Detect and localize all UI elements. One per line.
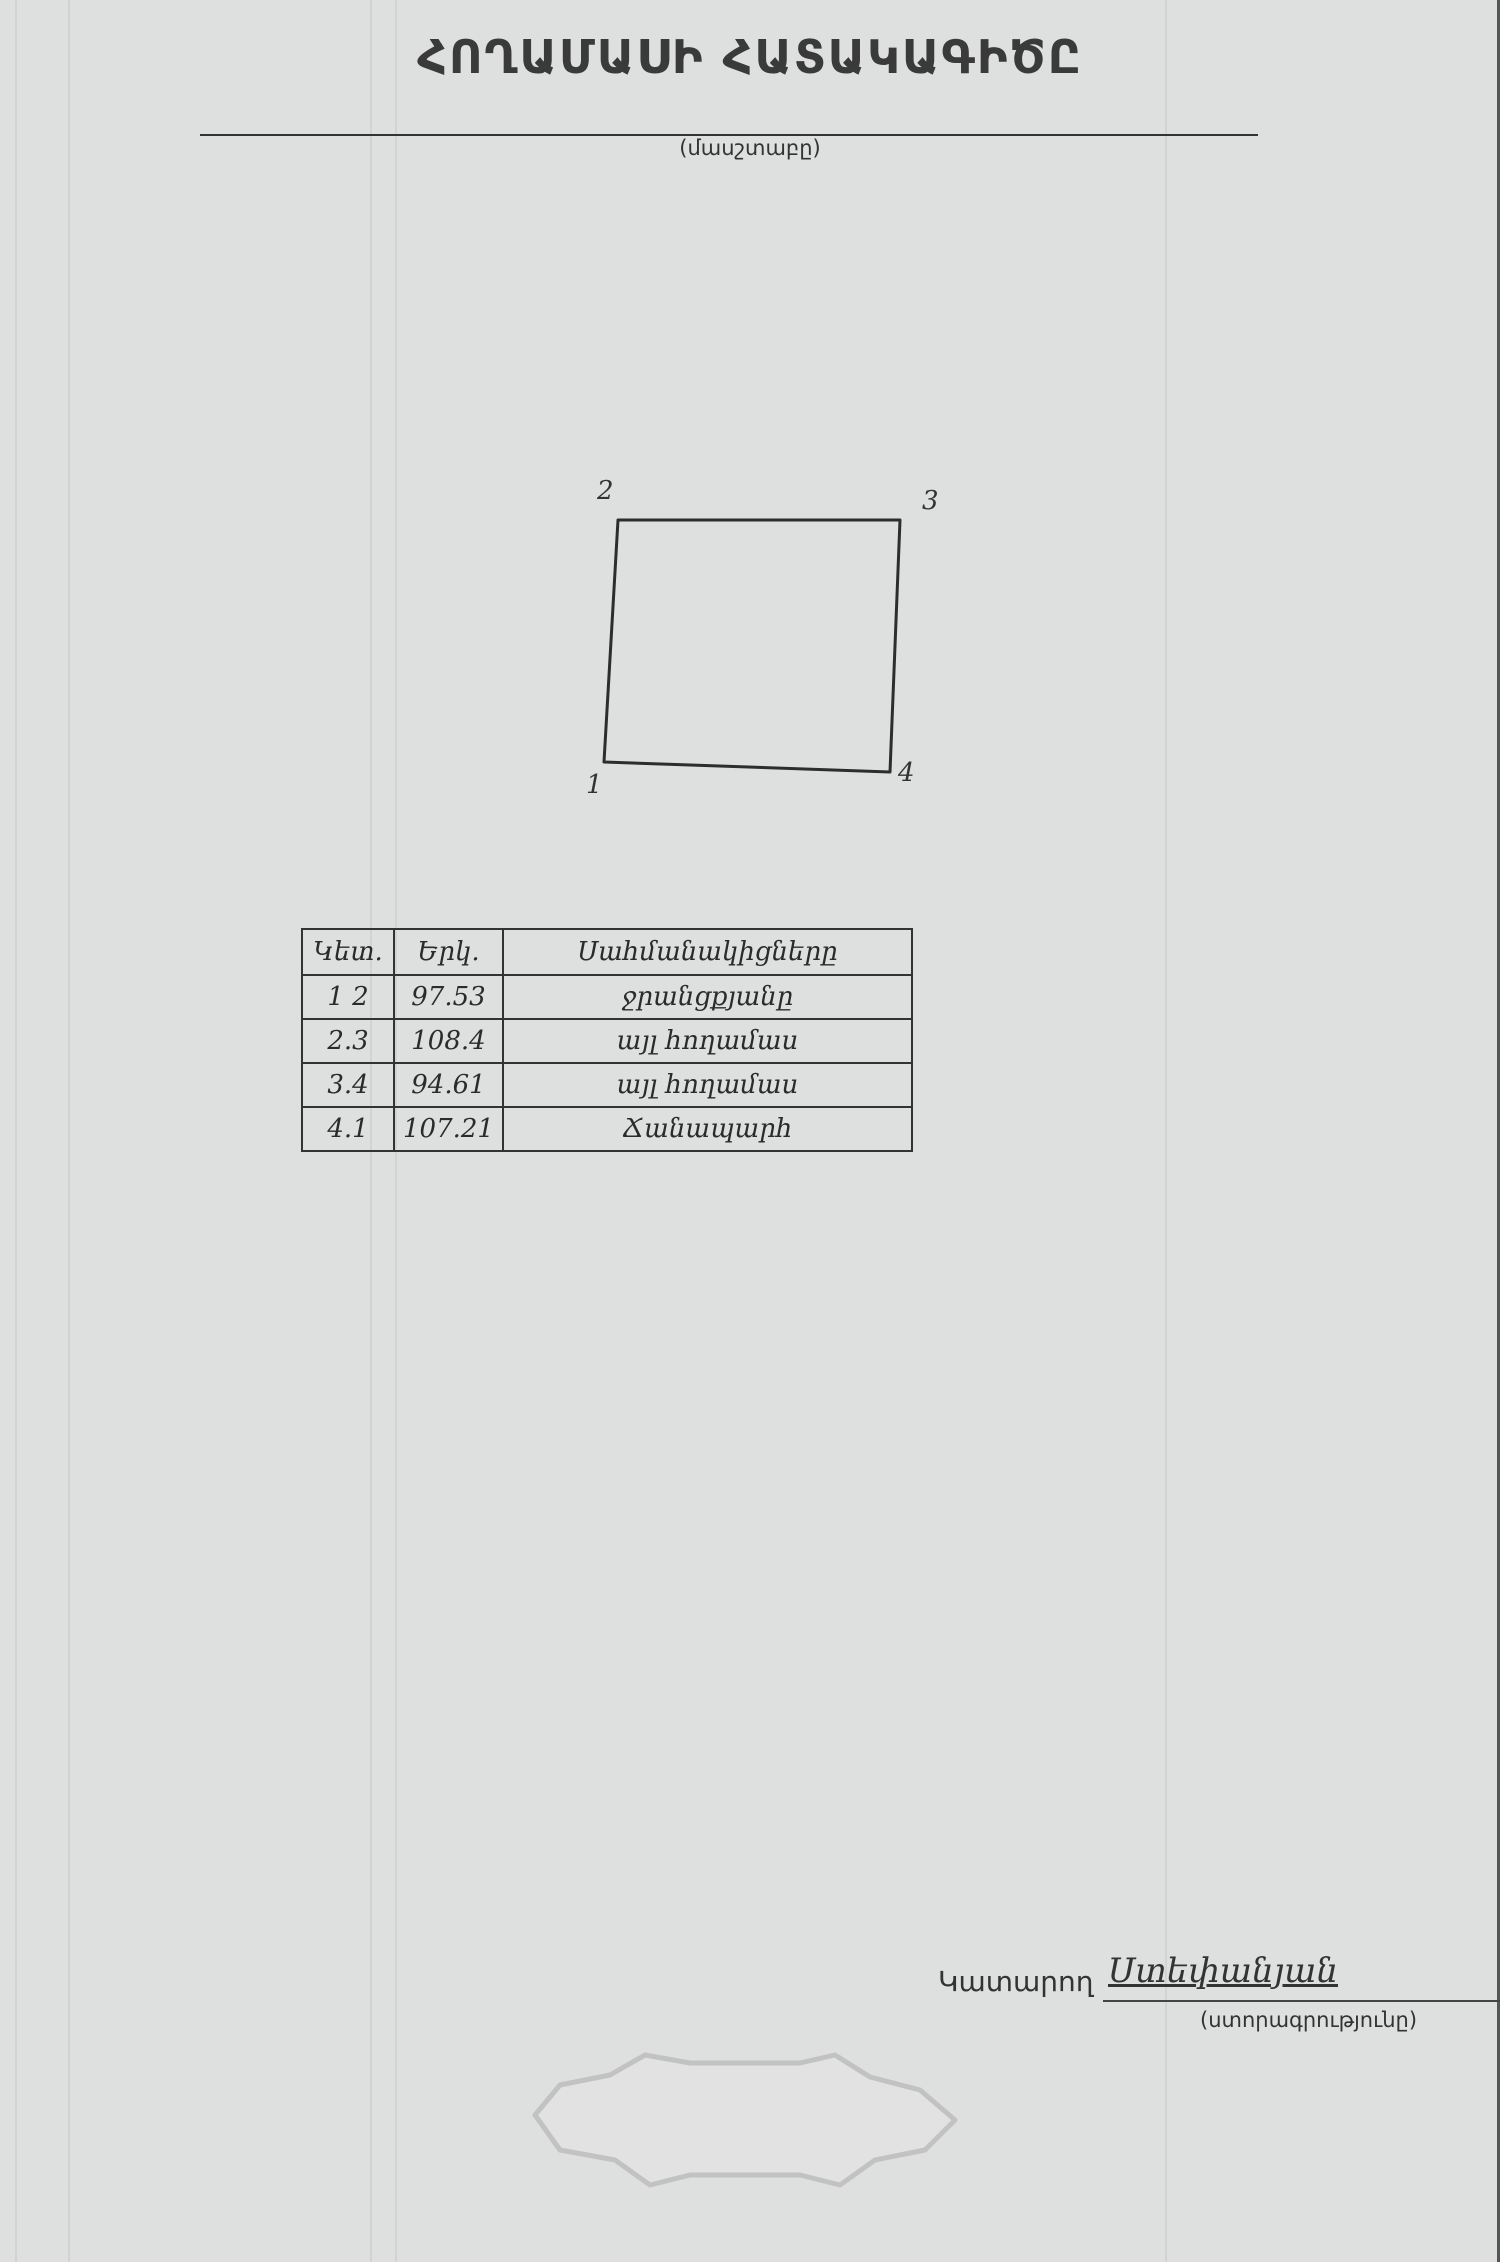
corner-label-4: 4 [898,758,915,788]
header-length: Երկ. [394,929,503,975]
document-title: ՀՈՂԱՄԱՍԻ ՀԱՏԱԿԱԳԻԾԸ [0,30,1500,84]
length-cell: 108.4 [394,1019,503,1063]
table-row: 2.3 108.4 այլ հողամաս [302,1019,912,1063]
neighbor-cell: ջրանցքյանը [503,975,912,1019]
length-cell: 94.61 [394,1063,503,1107]
table-row: 4.1 107.21 Ճանապարհ [302,1107,912,1151]
plot-boundary [604,520,900,772]
corner-label-2: 2 [597,476,614,506]
table-header-row: Կետ. Երկ. Սահմանակիցները [302,929,912,975]
segment-cell: 4.1 [302,1107,394,1151]
corner-label-3: 3 [922,486,939,516]
neighbor-cell: այլ հողամաս [503,1019,912,1063]
executor-label: Կատարող [938,1965,1094,1998]
stamp-outline-icon [515,2035,965,2205]
header-point: Կետ. [302,929,394,975]
signature-line [1103,2000,1500,2002]
boundary-table: Կետ. Երկ. Սահմանակիցները 1 2 97.53 ջրանց… [301,928,913,1152]
segment-cell: 1 2 [302,975,394,1019]
fold-line [68,0,70,2262]
corner-label-1: 1 [586,770,603,800]
neighbor-cell: այլ հողամաս [503,1063,912,1107]
signature-caption: (ստորագրությունը) [1200,2008,1417,2032]
table-row: 3.4 94.61 այլ հողամաս [302,1063,912,1107]
handwritten-signature: Ստեփանյան [1108,1951,1338,1991]
length-cell: 97.53 [394,975,503,1019]
table-row: 1 2 97.53 ջրանցքյանը [302,975,912,1019]
segment-cell: 2.3 [302,1019,394,1063]
fold-line [15,0,17,2262]
fold-line [1165,0,1167,2262]
length-cell: 107.21 [394,1107,503,1151]
neighbor-cell: Ճանապարհ [503,1107,912,1151]
header-neighbors: Սահմանակիցները [503,929,912,975]
scale-caption: (մասշտաբը) [0,136,1500,160]
segment-cell: 3.4 [302,1063,394,1107]
